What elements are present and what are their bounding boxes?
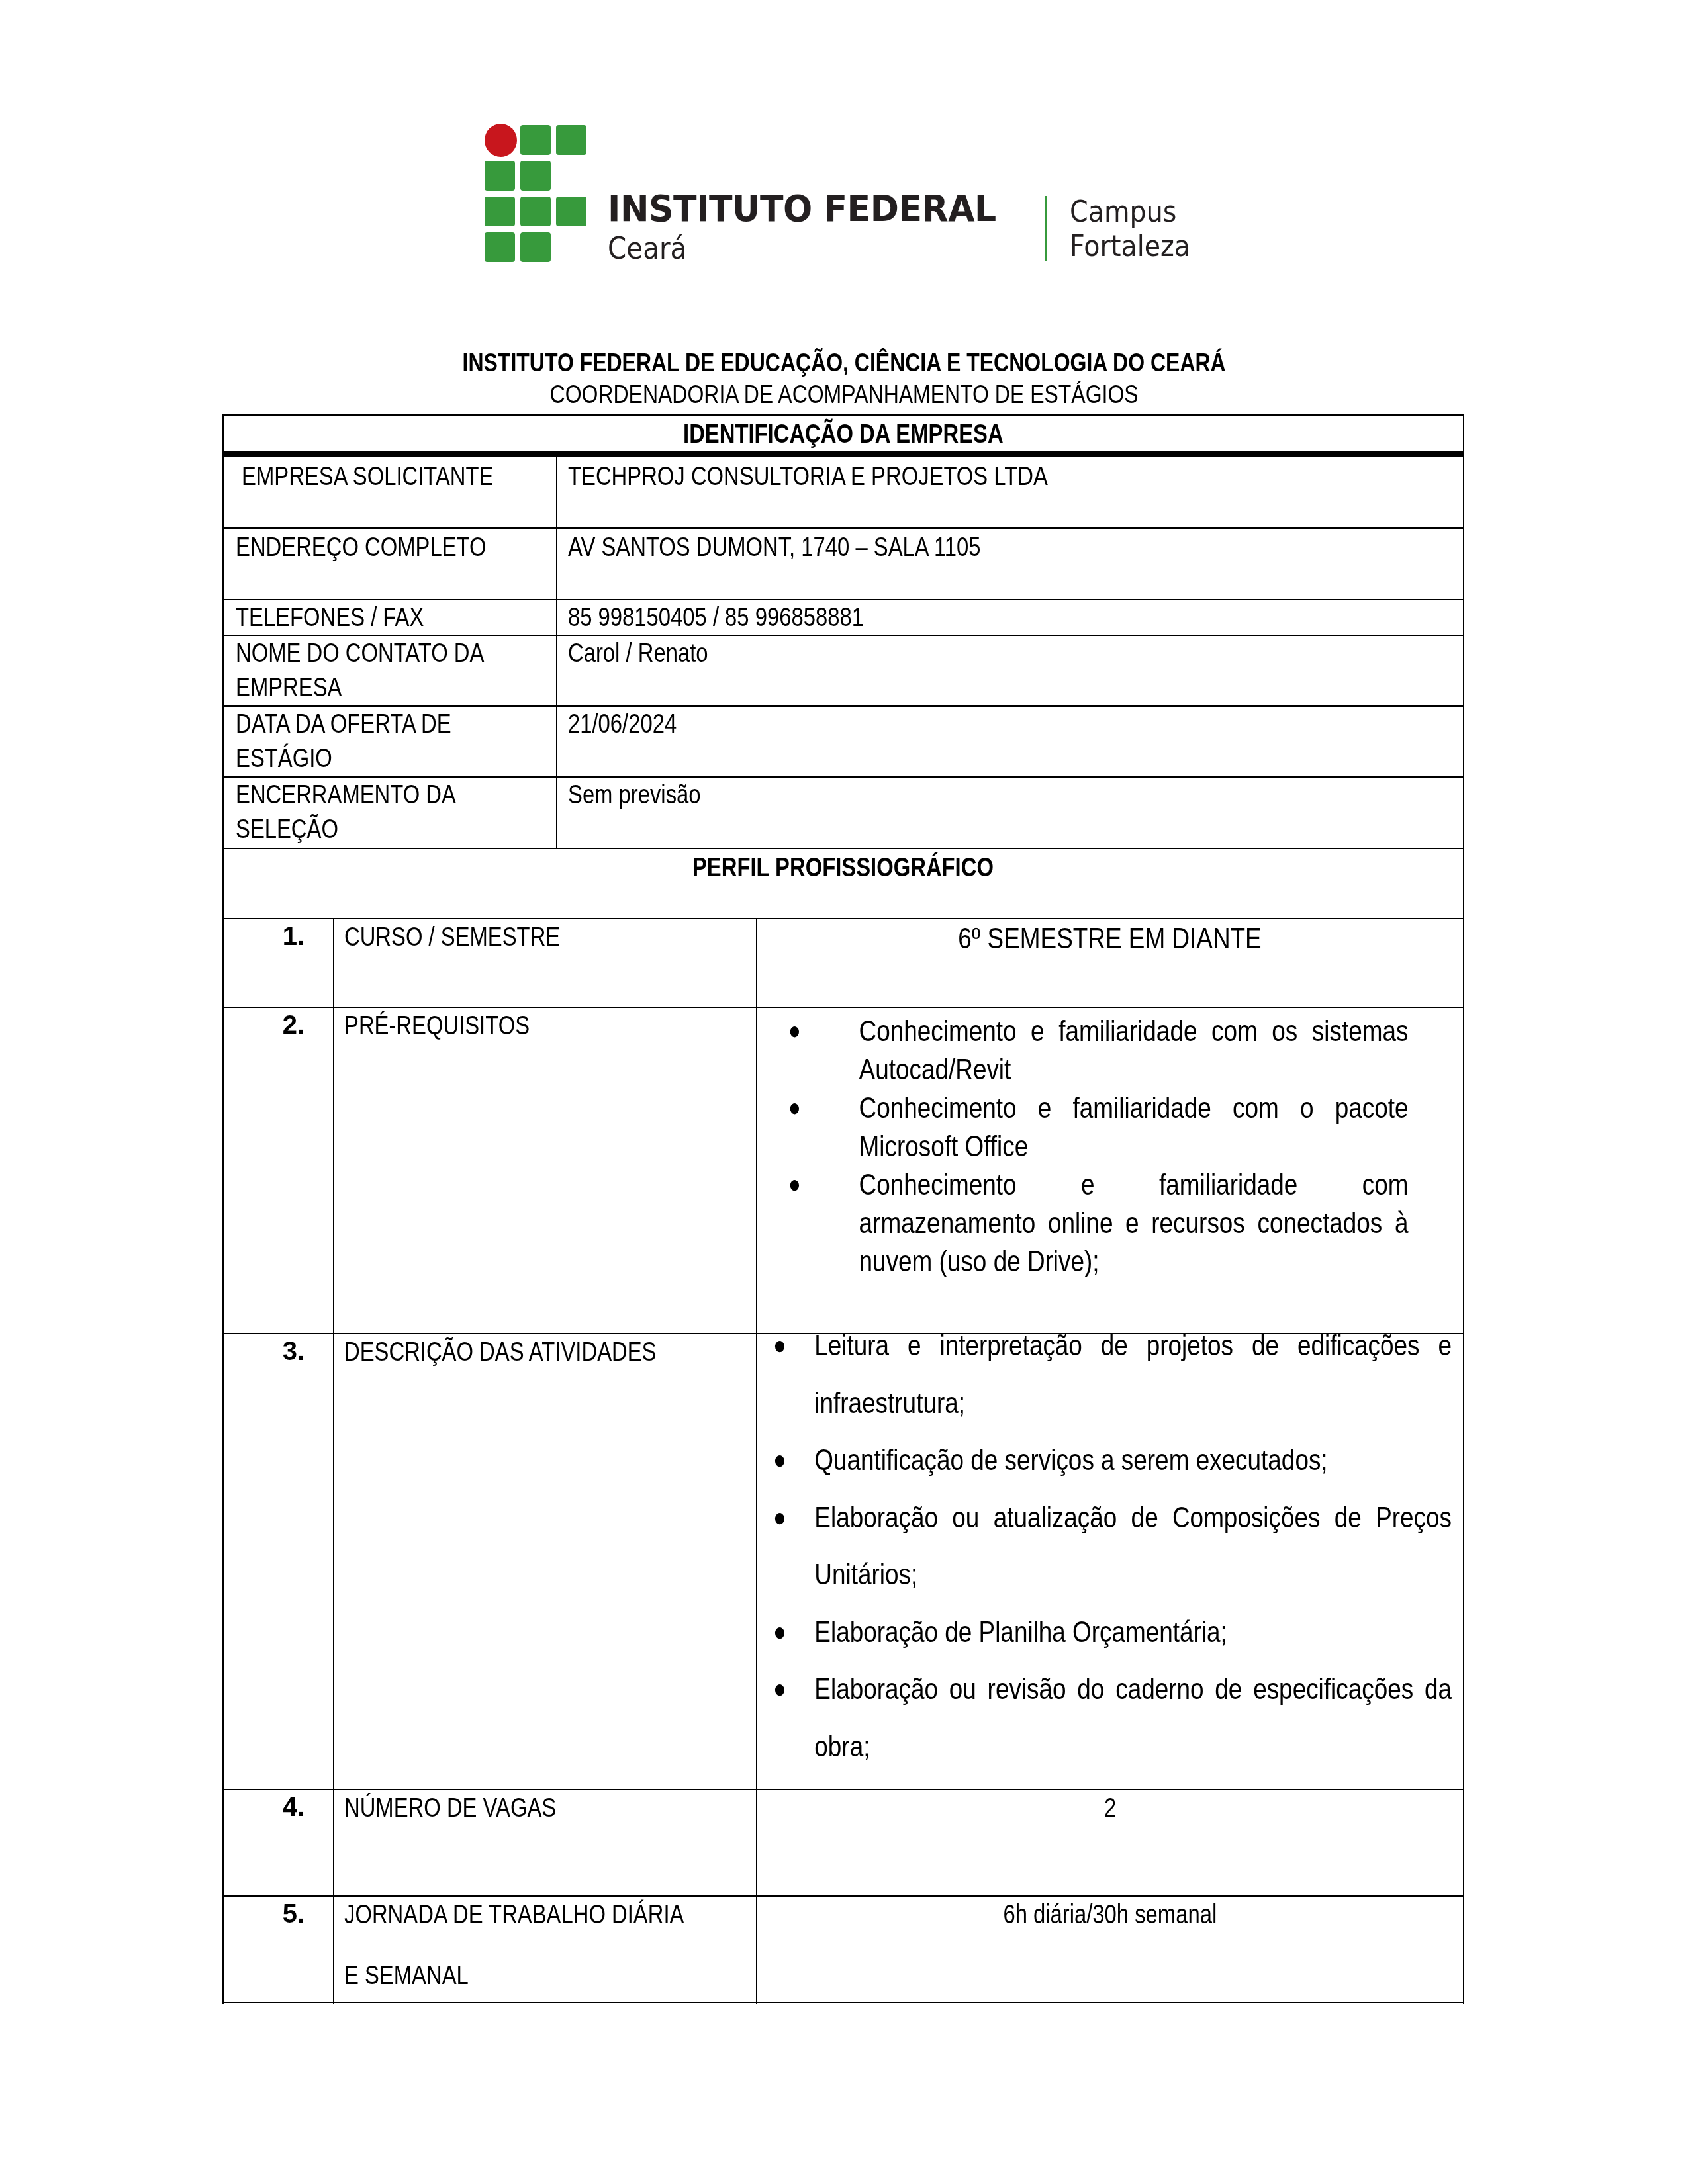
item-value: 6º SEMESTRE EM DIANTE — [757, 921, 1463, 956]
item-number-text: 3. — [283, 1337, 305, 1366]
vacancies-value: 2 — [1104, 1791, 1116, 1825]
contact-label-line1: NOME DO CONTATO DA — [236, 636, 484, 670]
bullet-icon: ● — [773, 1661, 786, 1718]
workload-label-line1: JORNADA DE TRABALHO DIÁRIA — [344, 1897, 684, 1932]
field-label: NOME DO CONTATO DA EMPRESA — [236, 636, 539, 705]
item-number-text: 2. — [283, 1011, 305, 1040]
prerequisites-list: ●Conhecimento e familiaridade com os sis… — [788, 1012, 1408, 1281]
logo-mark-icon — [485, 124, 590, 264]
table-border — [222, 414, 1464, 416]
closing-label-line1: ENCERRAMENTO DA — [236, 778, 456, 812]
activity-item: ●Elaboração ou revisão do caderno de esp… — [773, 1661, 1452, 1775]
activity-item: ●Quantificação de serviços a serem execu… — [773, 1432, 1452, 1489]
profile-title: PERFIL PROFISSIOGRÁFICO — [222, 852, 1464, 883]
prerequisite-item: ●Conhecimento e familiaridade com os sis… — [788, 1012, 1408, 1089]
course-value: 6º SEMESTRE EM DIANTE — [959, 921, 1262, 956]
table-border — [222, 2002, 1464, 2003]
logo-square — [485, 232, 515, 262]
workload-value: 6h diária/30h semanal — [1004, 1897, 1217, 1932]
activity-item-text: Quantificação de serviços a serem execut… — [814, 1443, 1327, 1477]
bullet-icon: ● — [788, 1165, 801, 1204]
prerequisite-item-text: Conhecimento e familiaridade com o pacot… — [859, 1091, 1409, 1163]
offer-date-value: 21/06/2024 — [568, 707, 677, 741]
logo-square — [556, 197, 586, 226]
field-value: 85 998150405 / 85 996858881 — [568, 600, 929, 635]
activity-item: ●Elaboração ou atualização de Composiçõe… — [773, 1489, 1452, 1604]
field-value: TECHPROJ CONSULTORIA E PROJETOS LTDA — [568, 459, 1153, 494]
activity-item-text: Elaboração ou revisão do caderno de espe… — [814, 1672, 1452, 1763]
logo-title: INSTITUTO FEDERAL — [608, 187, 996, 230]
field-label: EMPRESA SOLICITANTE — [236, 459, 550, 494]
logo-campus-line2: Fortaleza — [1070, 229, 1190, 263]
logo-divider — [1045, 196, 1047, 261]
prerequisite-item: ●Conhecimento e familiaridade com armaze… — [788, 1165, 1408, 1281]
field-label: DATA DA OFERTA DE ESTÁGIO — [236, 707, 498, 776]
prerequisite-item-text: Conhecimento e familiaridade com armazen… — [859, 1167, 1409, 1278]
column-divider — [756, 919, 757, 2004]
logo-subtitle: Ceará — [608, 230, 686, 266]
table-border — [222, 415, 224, 2004]
activities-label: DESCRIÇÃO DAS ATIVIDADES — [344, 1335, 656, 1369]
item-number-text: 4. — [283, 1793, 305, 1822]
item-number: 2. — [225, 1010, 305, 1040]
logo-square — [520, 161, 551, 191]
logo-square — [556, 125, 586, 155]
item-label: JORNADA DE TRABALHO DIÁRIA E SEMANAL — [344, 1897, 759, 2002]
row-divider — [222, 1895, 1464, 1897]
item-label: NÚMERO DE VAGAS — [344, 1791, 602, 1825]
offer-date-label-line1: DATA DA OFERTA DE — [236, 707, 451, 741]
prerequisites-bullets: ●Conhecimento e familiaridade com os sis… — [788, 1012, 1408, 1281]
course-label: CURSO / SEMESTRE — [344, 920, 560, 954]
item-number-text: 1. — [283, 922, 305, 951]
logo-square — [520, 232, 551, 262]
bullet-icon: ● — [773, 1489, 786, 1547]
activity-item: ●Leitura e interpretação de projetos de … — [773, 1317, 1452, 1432]
workload-label-line2: E SEMANAL — [344, 1950, 469, 2002]
phone-value: 85 998150405 / 85 996858881 — [568, 600, 864, 635]
column-divider — [556, 457, 557, 848]
bullet-icon: ● — [773, 1604, 786, 1661]
bullet-icon: ● — [773, 1317, 786, 1375]
logo-campus: Campus Fortaleza — [1070, 195, 1190, 263]
logo-square — [520, 197, 551, 226]
field-label: ENCERRAMENTO DA SELEÇÃO — [236, 778, 504, 846]
field-value: Carol / Renato — [568, 636, 739, 670]
closing-value: Sem previsão — [568, 778, 701, 812]
company-value: TECHPROJ CONSULTORIA E PROJETOS LTDA — [568, 459, 1048, 494]
vacancies-label: NÚMERO DE VAGAS — [344, 1791, 556, 1825]
department-heading: COORDENADORIA DE ACOMPANHAMENTO DE ESTÁG… — [0, 381, 1688, 410]
institution-heading: INSTITUTO FEDERAL DE EDUCAÇÃO, CIÊNCIA E… — [0, 349, 1688, 378]
prerequisites-label: PRÉ-REQUISITOS — [344, 1009, 530, 1043]
phone-label: TELEFONES / FAX — [236, 600, 424, 635]
activity-item-text: Elaboração de Planilha Orçamentária; — [814, 1615, 1227, 1649]
activities-bullets: ●Leitura e interpretação de projetos de … — [773, 1317, 1452, 1775]
row-divider — [222, 848, 1464, 849]
address-label: ENDEREÇO COMPLETO — [236, 530, 486, 565]
activities-list: ●Leitura e interpretação de projetos de … — [773, 1317, 1452, 1775]
company-label: EMPRESA SOLICITANTE — [236, 459, 493, 494]
item-number-text: 5. — [283, 1899, 305, 1929]
identification-title: IDENTIFICAÇÃO DA EMPRESA — [222, 419, 1464, 449]
activity-item-text: Leitura e interpretação de projetos de e… — [814, 1328, 1452, 1420]
column-divider — [333, 919, 334, 2004]
row-divider — [222, 1789, 1464, 1790]
title-rule — [222, 451, 1464, 457]
logo-square — [485, 161, 515, 191]
logo-red-dot — [485, 124, 517, 157]
contact-label-line2: EMPRESA — [236, 670, 342, 705]
field-label: TELEFONES / FAX — [236, 600, 465, 635]
row-divider — [222, 1007, 1464, 1008]
row-divider — [222, 918, 1464, 919]
prerequisite-item: ●Conhecimento e familiaridade com o paco… — [788, 1089, 1408, 1165]
item-number: 3. — [225, 1336, 305, 1367]
profile-title-text: PERFIL PROFISSIOGRÁFICO — [692, 852, 994, 883]
item-number: 1. — [225, 921, 305, 952]
bullet-icon: ● — [788, 1089, 801, 1127]
row-divider — [222, 527, 1464, 529]
institution-name: INSTITUTO FEDERAL DE EDUCAÇÃO, CIÊNCIA E… — [462, 349, 1225, 378]
bullet-icon: ● — [788, 1012, 801, 1050]
logo-campus-line1: Campus — [1070, 195, 1190, 229]
offer-date-label-line2: ESTÁGIO — [236, 741, 332, 776]
activity-item: ●Elaboração de Planilha Orçamentária; — [773, 1604, 1452, 1661]
logo-square — [520, 125, 551, 155]
bullet-icon: ● — [773, 1432, 786, 1489]
item-label: PRÉ-REQUISITOS — [344, 1009, 571, 1043]
activity-item-text: Elaboração ou atualização de Composições… — [814, 1500, 1452, 1592]
table-border — [1463, 415, 1464, 2004]
field-label: ENDEREÇO COMPLETO — [236, 530, 541, 565]
identification-title-text: IDENTIFICAÇÃO DA EMPRESA — [683, 419, 1004, 449]
item-number: 5. — [225, 1899, 305, 1929]
department-name: COORDENADORIA DE ACOMPANHAMENTO DE ESTÁG… — [549, 381, 1138, 410]
logo-square — [485, 197, 515, 226]
item-label: CURSO / SEMESTRE — [344, 920, 608, 954]
field-value: Sem previsão — [568, 778, 730, 812]
closing-label-line2: SELEÇÃO — [236, 812, 338, 846]
field-value: AV SANTOS DUMONT, 1740 – SALA 1105 — [568, 530, 1071, 565]
item-label: DESCRIÇÃO DAS ATIVIDADES — [344, 1335, 725, 1369]
item-value: 2 — [757, 1791, 1463, 1825]
address-value: AV SANTOS DUMONT, 1740 – SALA 1105 — [568, 530, 980, 565]
item-value: 6h diária/30h semanal — [757, 1897, 1463, 1932]
prerequisite-item-text: Conhecimento e familiaridade com os sist… — [859, 1014, 1409, 1086]
item-number: 4. — [225, 1792, 305, 1823]
contact-value: Carol / Renato — [568, 636, 708, 670]
field-value: 21/06/2024 — [568, 707, 700, 741]
